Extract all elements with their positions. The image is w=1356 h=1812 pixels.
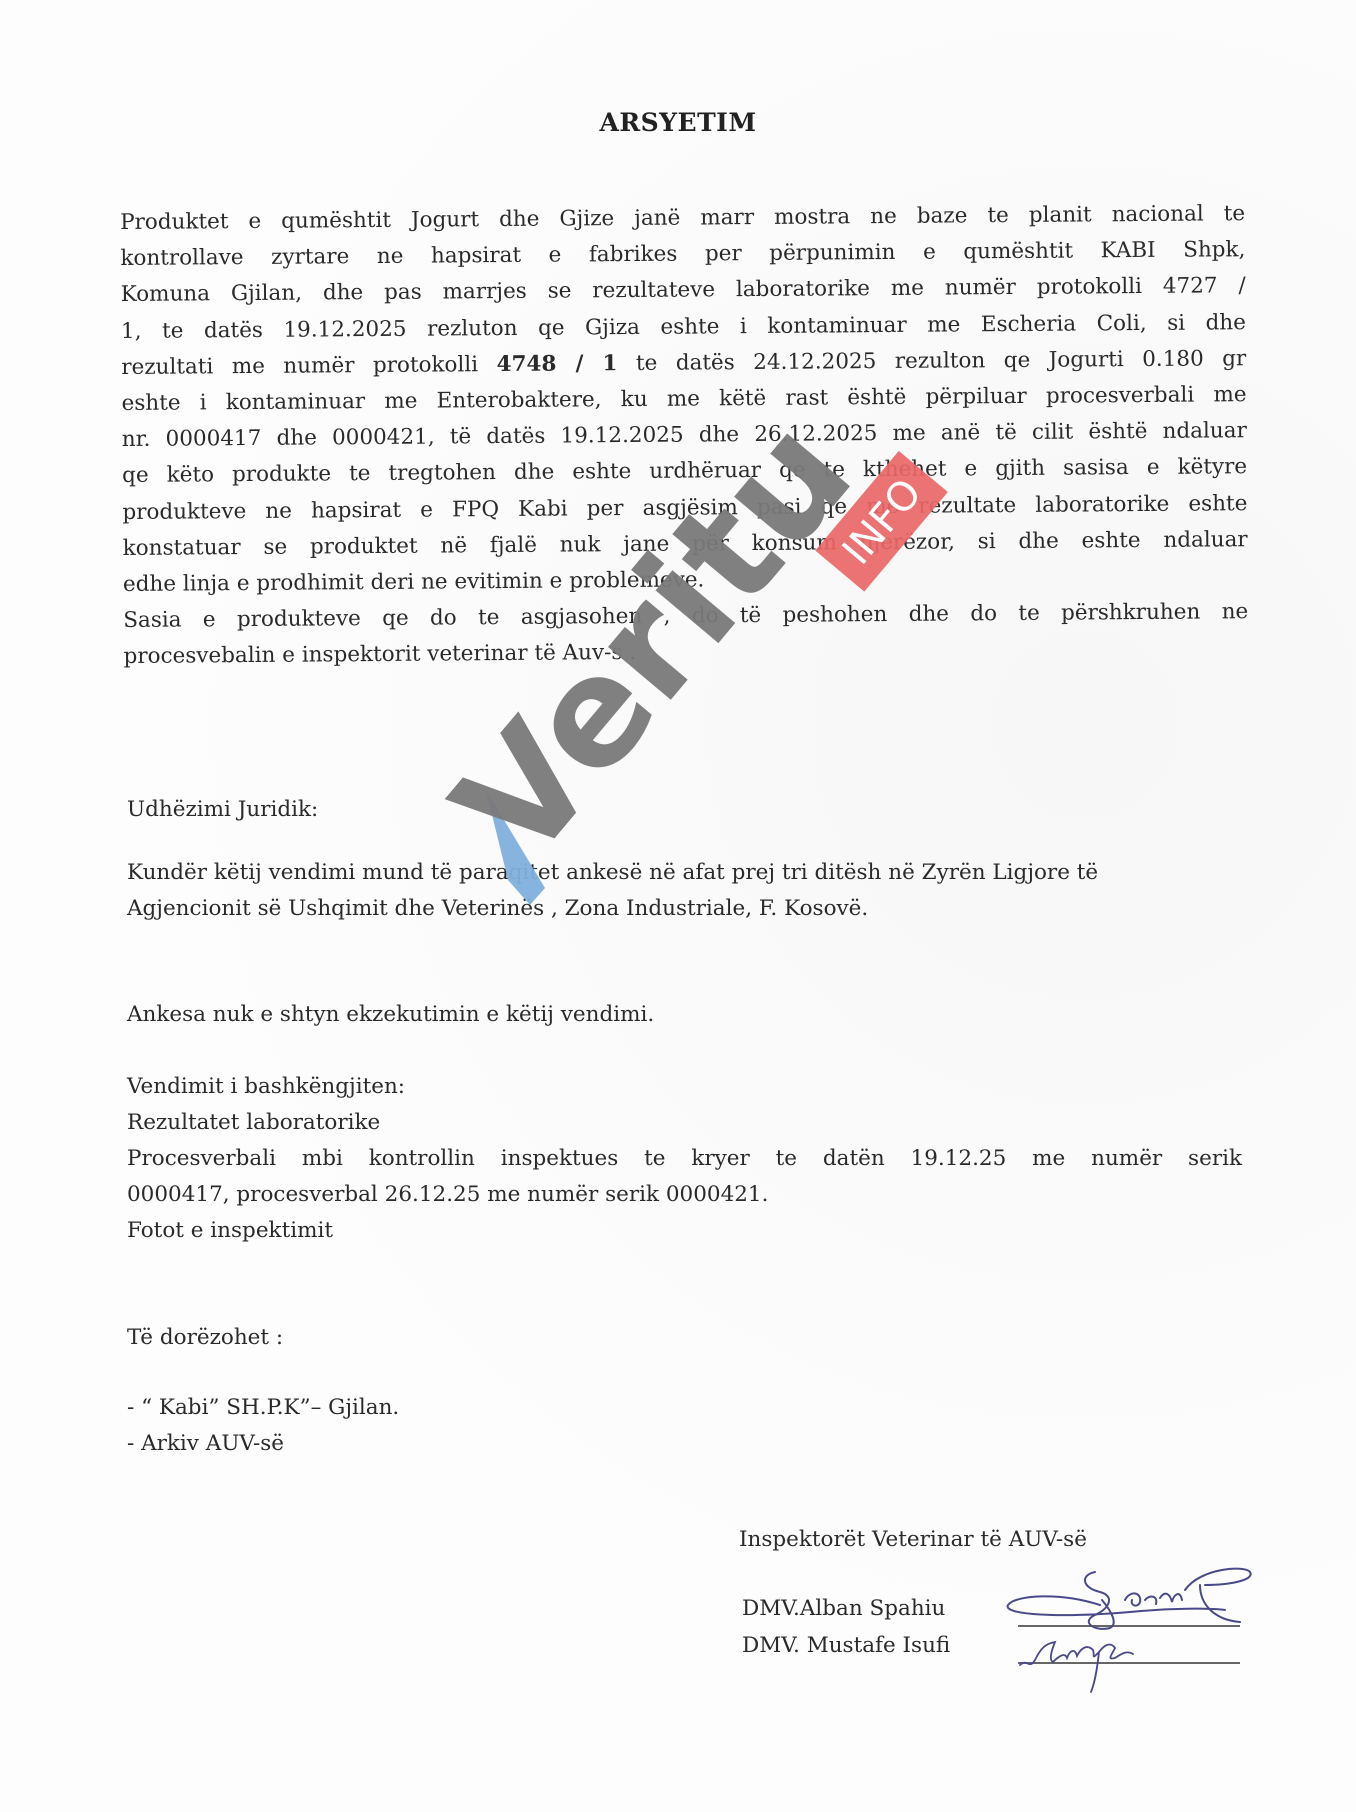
legal-guidance-text: Kundër këtij vendimi mund të paraqitet a…	[127, 855, 1237, 927]
legal-line: Agjencionit së Ushqimit dhe Veterinës , …	[127, 891, 1237, 927]
attachment-item: Rezultatet laboratorike	[127, 1105, 1242, 1141]
paragraph-line: procesvebalin e inspektorit veterinar të…	[123, 631, 1248, 676]
legal-line: Kundër këtij vendimi mund të paraqitet a…	[127, 855, 1237, 891]
document-title: ARSYETIM	[0, 108, 1356, 137]
delivery-list: - “ Kabi” SH.P.K”– Gjilan. - Arkiv AUV-s…	[127, 1390, 399, 1462]
signature-isufi	[1015, 1630, 1165, 1700]
signature-spahiu	[1000, 1560, 1260, 1640]
reasoning-paragraph: Produktet e qumështit Jogurt dhe Gjize j…	[120, 196, 1249, 675]
attachment-item: Procesverbali mbi kontrollin inspektues …	[127, 1141, 1242, 1177]
legal-guidance-heading: Udhëzimi Juridik:	[127, 792, 318, 828]
attachments-section: Vendimit i bashkëngjiten: Rezultatet lab…	[127, 1069, 1242, 1249]
signatory-name: DMV. Mustafe Isufi	[742, 1633, 950, 1658]
attachment-item: Fotot e inspektimit	[127, 1213, 1242, 1249]
document-page: ARSYETIM Produktet e qumështit Jogurt dh…	[0, 0, 1356, 1812]
paragraph-line-start: rezultati me numër protokolli	[121, 352, 496, 380]
attachments-heading: Vendimit i bashkëngjiten:	[127, 1069, 1242, 1105]
paragraph-line-end: te datës 24.12.2025 rezulton qe Jogurti …	[617, 346, 1246, 376]
delivery-item: - Arkiv AUV-së	[127, 1426, 399, 1462]
signatory-name: DMV.Alban Spahiu	[742, 1596, 945, 1621]
signatory-heading: Inspektorët Veterinar të AUV-së	[739, 1522, 1087, 1558]
appeal-note: Ankesa nuk e shtyn ekzekutimin e këtij v…	[127, 997, 654, 1033]
protocol-number: 4748 / 1	[496, 351, 617, 377]
delivery-item: - “ Kabi” SH.P.K”– Gjilan.	[127, 1390, 399, 1426]
delivery-heading: Të dorëzohet :	[127, 1320, 283, 1356]
attachment-item: 0000417, procesverbal 26.12.25 me numër …	[127, 1177, 1242, 1213]
